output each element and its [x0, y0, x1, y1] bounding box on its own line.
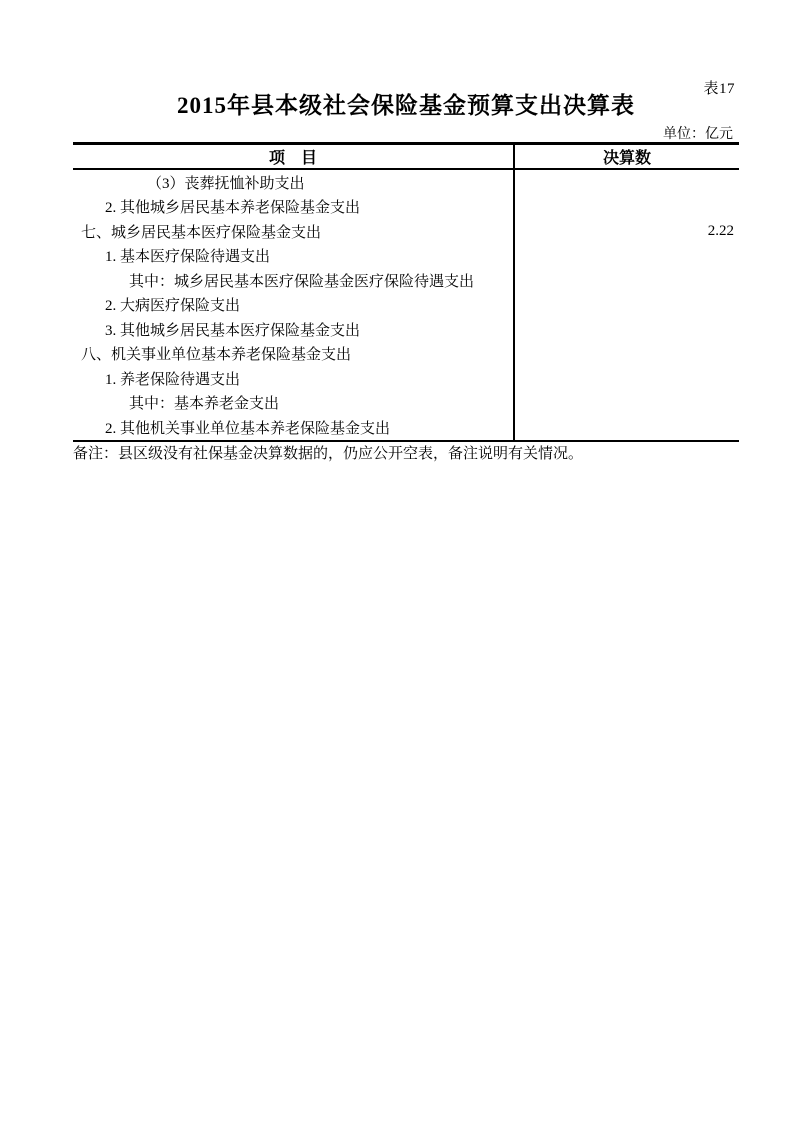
row-value	[515, 293, 739, 318]
unit-label: 单位：亿元	[663, 123, 733, 143]
row-value	[515, 391, 739, 416]
row-value: 2.22	[515, 219, 739, 244]
row-label: 2. 大病医疗保险支出	[73, 293, 515, 318]
table-row: 其中：基本养老金支出	[73, 391, 739, 416]
row-label: 1. 养老保险待遇支出	[73, 366, 515, 391]
row-label: 八、机关事业单位基本养老保险基金支出	[73, 342, 515, 367]
row-label: 2. 其他城乡居民基本养老保险基金支出	[73, 195, 515, 220]
row-label: 2. 其他机关事业单位基本养老保险基金支出	[73, 415, 515, 440]
row-label: 3. 其他城乡居民基本医疗保险基金支出	[73, 317, 515, 342]
table-row: 3. 其他城乡居民基本医疗保险基金支出	[73, 317, 739, 342]
document-page: 表17 2015年县本级社会保险基金预算支出决算表 单位：亿元 项 目 决算数 …	[0, 0, 793, 1122]
column-header-item: 项 目	[73, 145, 515, 168]
row-value	[515, 415, 739, 440]
row-value	[515, 342, 739, 367]
row-value	[515, 244, 739, 269]
column-header-amount: 决算数	[515, 145, 739, 168]
row-value	[515, 195, 739, 220]
table-row: 2. 大病医疗保险支出	[73, 293, 739, 318]
table-row: 八、机关事业单位基本养老保险基金支出	[73, 342, 739, 367]
row-value	[515, 366, 739, 391]
row-label: 其中：城乡居民基本医疗保险基金医疗保险待遇支出	[73, 268, 515, 293]
table-row: 七、城乡居民基本医疗保险基金支出 2.22	[73, 219, 739, 244]
table-header-row: 项 目 决算数	[73, 145, 739, 170]
table-row: 其中：城乡居民基本医疗保险基金医疗保险待遇支出	[73, 268, 739, 293]
table-row: 2. 其他城乡居民基本养老保险基金支出	[73, 195, 739, 220]
row-value	[515, 317, 739, 342]
footnote: 备注：县区级没有社保基金决算数据的，仍应公开空表，备注说明有关情况。	[73, 444, 739, 465]
table-row: 1. 基本医疗保险待遇支出	[73, 244, 739, 269]
row-value	[515, 268, 739, 293]
table-row: （3）丧葬抚恤补助支出	[73, 170, 739, 195]
row-label: 七、城乡居民基本医疗保险基金支出	[73, 219, 515, 244]
table-row: 2. 其他机关事业单位基本养老保险基金支出	[73, 415, 739, 440]
budget-table: 项 目 决算数 （3）丧葬抚恤补助支出 2. 其他城乡居民基本养老保险基金支出 …	[73, 142, 739, 442]
row-label: 1. 基本医疗保险待遇支出	[73, 244, 515, 269]
page-title: 2015年县本级社会保险基金预算支出决算表	[73, 92, 739, 120]
row-value	[515, 170, 739, 195]
table-row: 1. 养老保险待遇支出	[73, 366, 739, 391]
row-label: 其中：基本养老金支出	[73, 391, 515, 416]
row-label: （3）丧葬抚恤补助支出	[73, 170, 515, 195]
